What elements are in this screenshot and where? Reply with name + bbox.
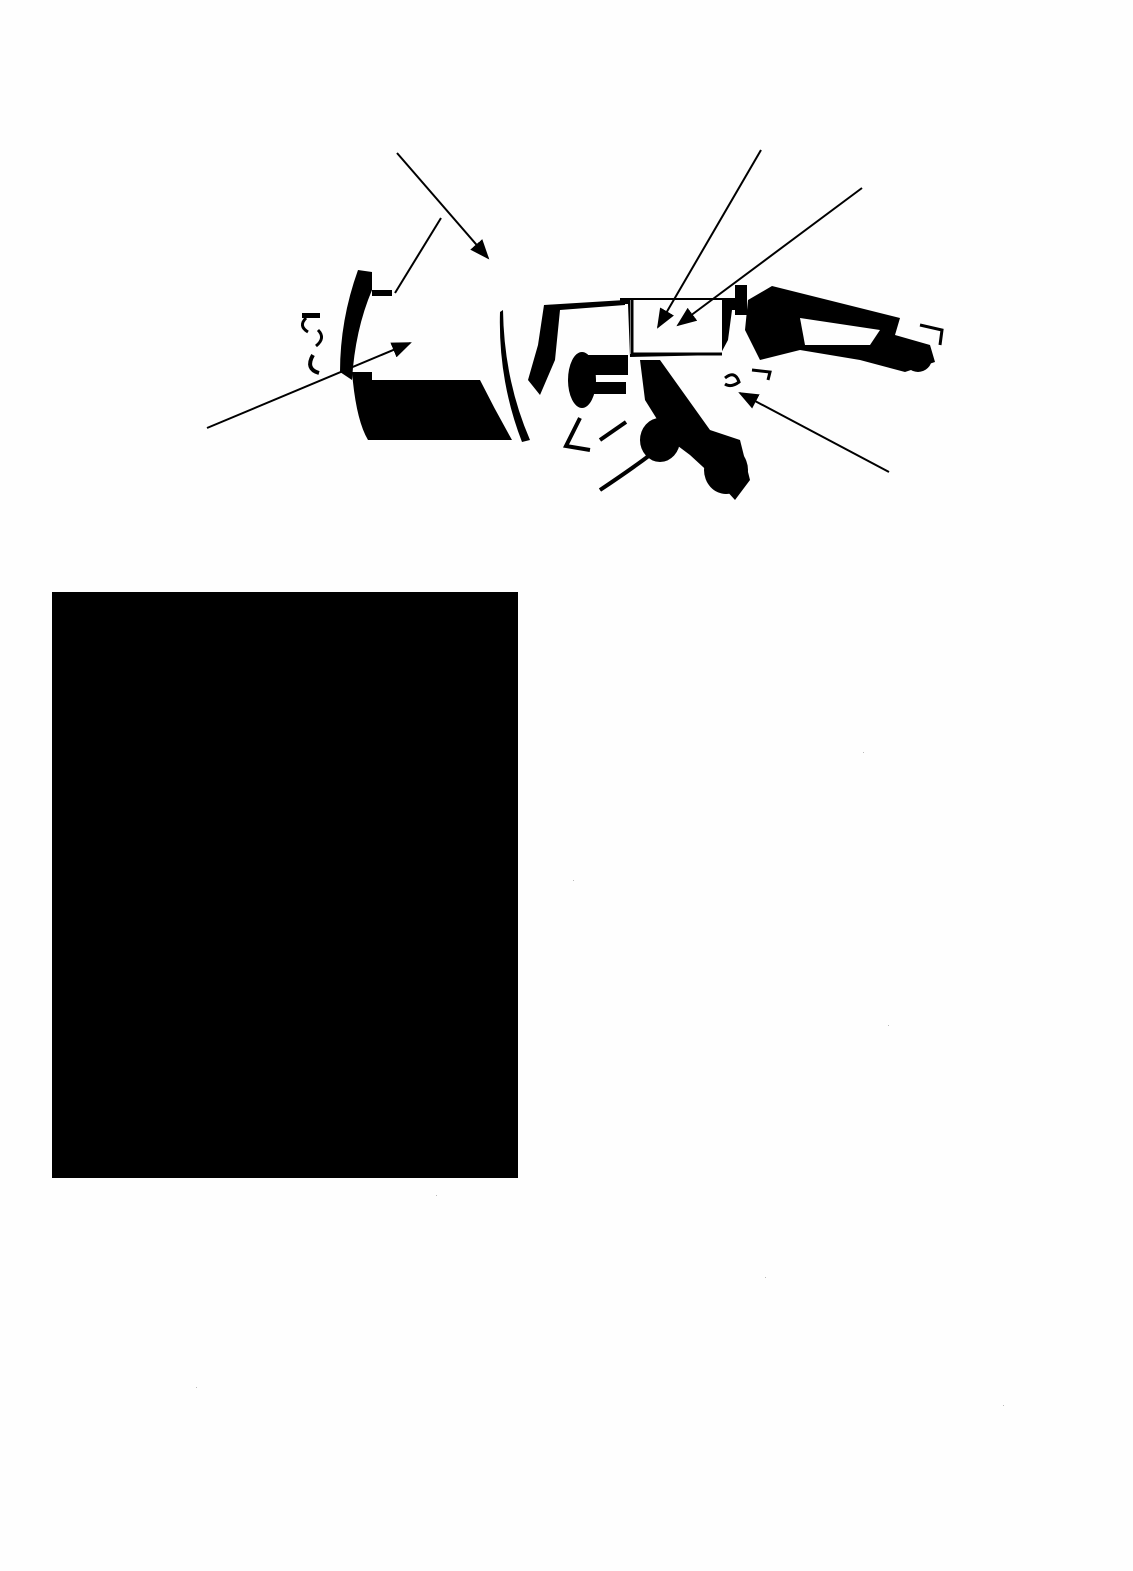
handle-arm xyxy=(725,286,942,386)
scan-speck xyxy=(573,880,574,881)
callout-leader-6 xyxy=(740,393,889,472)
gearbox-housing xyxy=(528,285,750,500)
scan-speck xyxy=(863,752,864,753)
scan-speck xyxy=(1003,1405,1004,1406)
mechanism-diagram xyxy=(0,0,1133,560)
callout-leader-2 xyxy=(395,218,441,293)
callout-leader-1 xyxy=(397,153,488,258)
callout-leader-7 xyxy=(600,457,648,490)
scan-speck xyxy=(888,1025,889,1026)
scan-speck xyxy=(196,1387,197,1388)
drum-assembly xyxy=(302,270,530,442)
scan-speck xyxy=(765,1277,766,1278)
document-page xyxy=(0,0,1133,1571)
redacted-image-block xyxy=(52,592,518,1178)
scan-speck xyxy=(436,1195,437,1196)
